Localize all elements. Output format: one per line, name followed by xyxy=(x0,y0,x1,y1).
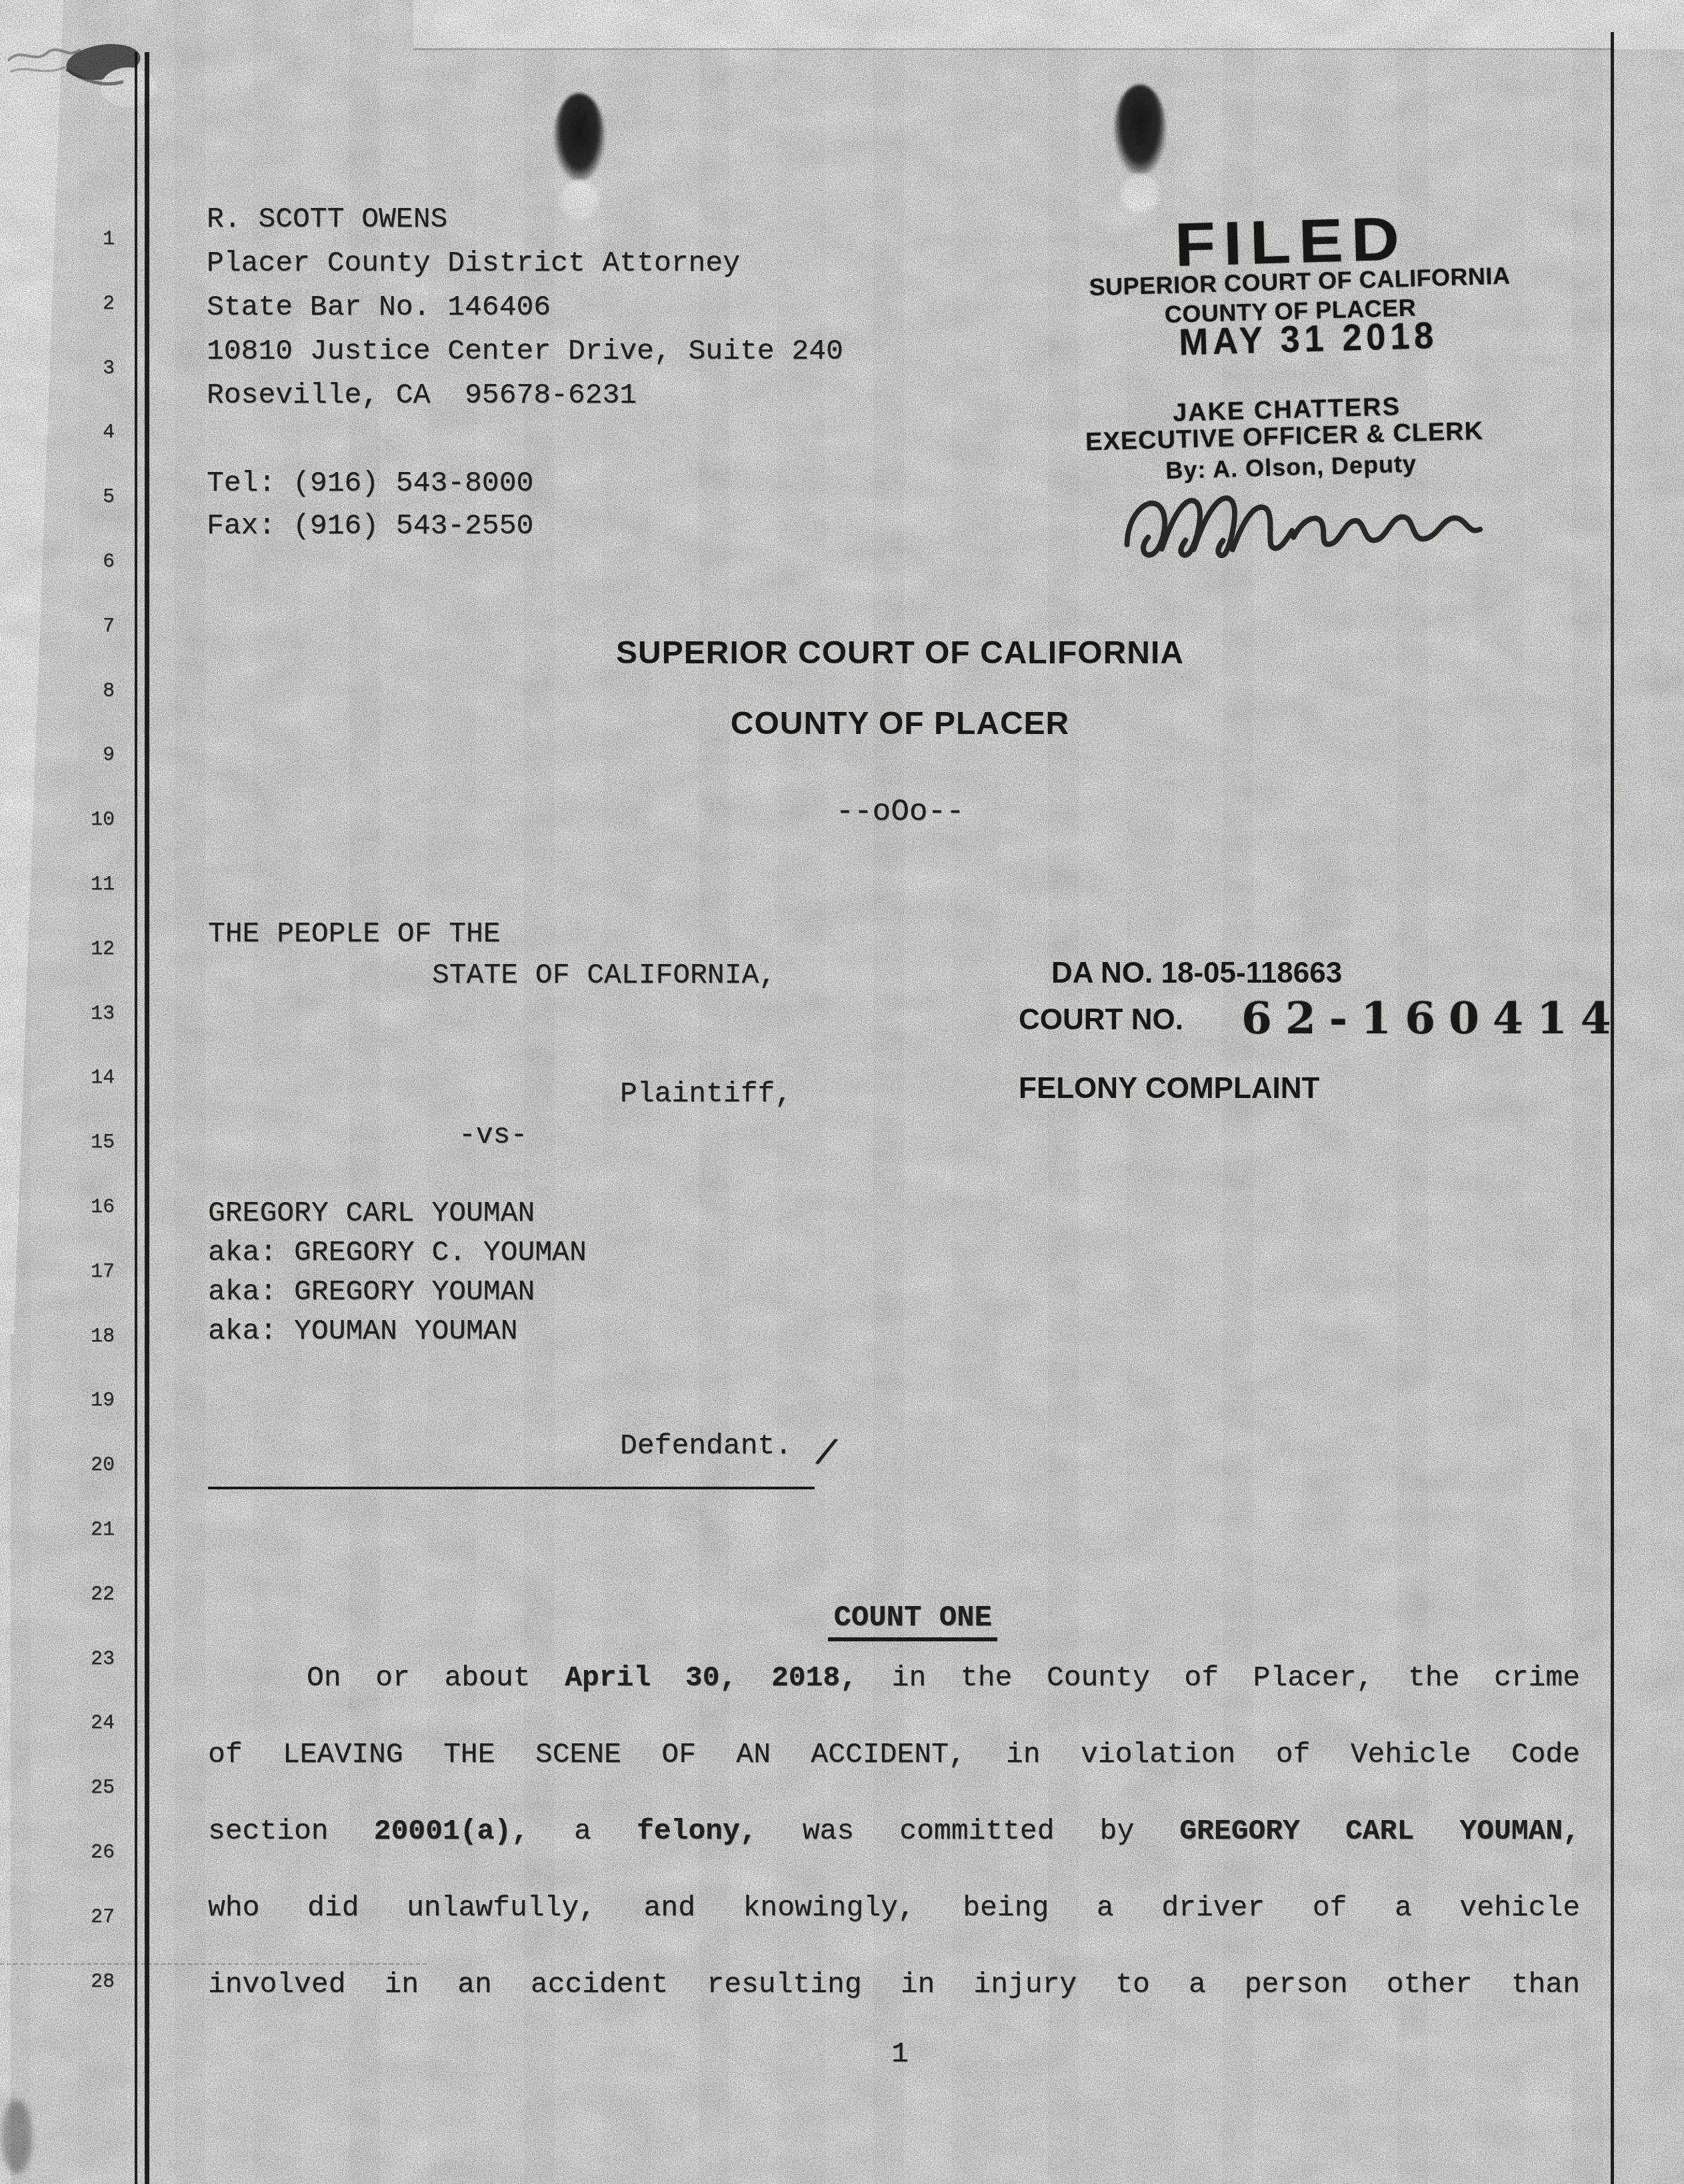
word: by xyxy=(1100,1815,1135,1847)
line-number-23: 23 xyxy=(72,1648,115,1671)
line-number-25: 25 xyxy=(72,1777,115,1799)
line-number-7: 7 xyxy=(72,615,115,638)
word: section xyxy=(208,1815,329,1847)
line-number-12: 12 xyxy=(72,938,115,961)
line-number-17: 17 xyxy=(72,1261,115,1283)
word: County xyxy=(1047,1661,1150,1694)
defendant-label: Defendant. xyxy=(620,1424,792,1468)
line-number-14: 14 xyxy=(72,1067,115,1089)
line-number-27: 27 xyxy=(72,1906,115,1929)
count-one-line-5: involvedinanaccidentresultingininjurytoa… xyxy=(208,1968,1580,2001)
line-number-15: 15 xyxy=(72,1131,115,1154)
count-one-line-1: OnoraboutApril30,2018,intheCountyofPlace… xyxy=(208,1661,1580,1694)
caption-underline xyxy=(208,1487,815,1489)
word: did xyxy=(307,1891,359,1924)
left-double-rule-inner xyxy=(145,52,149,2184)
word: On xyxy=(307,1661,341,1694)
heading-separator: --oOo-- xyxy=(200,795,1600,829)
attorney-block: R. SCOTT OWENSPlacer County District Att… xyxy=(207,197,843,417)
word: crime xyxy=(1494,1661,1580,1694)
word: knowingly, xyxy=(743,1891,915,1924)
plaintiff-label: Plaintiff, xyxy=(620,1072,792,1116)
word: committed xyxy=(899,1815,1054,1847)
word: THE xyxy=(443,1738,495,1771)
contact-line-1: Tel: (916) 543-8000 xyxy=(207,461,533,504)
attorney-line-2: Placer County District Attorney xyxy=(207,241,843,285)
caption-slash: / xyxy=(811,1432,841,1478)
word: SCENE xyxy=(535,1738,621,1771)
word: OF xyxy=(661,1738,696,1771)
count-one-heading-text: COUNT ONE xyxy=(828,1601,997,1641)
line-number-13: 13 xyxy=(72,1003,115,1025)
count-one-line-4: whodidunlawfully,andknowingly,beingadriv… xyxy=(208,1891,1580,1924)
word: in xyxy=(901,1968,935,2001)
line-number-10: 10 xyxy=(72,809,115,831)
party-line2: STATE OF CALIFORNIA, xyxy=(432,953,776,997)
word: person xyxy=(1245,1968,1348,2001)
filed-stamp-date: MAY 31 2018 xyxy=(1179,313,1439,364)
word: other xyxy=(1387,1968,1473,2001)
word: the xyxy=(1408,1661,1459,1694)
word: in xyxy=(385,1968,419,2001)
word: vehicle xyxy=(1459,1891,1580,1924)
line-number-20: 20 xyxy=(72,1454,115,1477)
word: ACCIDENT, xyxy=(811,1738,965,1771)
line-number-2: 2 xyxy=(72,293,115,315)
heading-court: SUPERIOR COURT OF CALIFORNIA xyxy=(200,635,1600,671)
word: a xyxy=(574,1815,591,1847)
contact-line-2: Fax: (916) 543-2550 xyxy=(207,504,533,547)
line-number-22: 22 xyxy=(72,1583,115,1606)
word: or xyxy=(375,1661,410,1694)
filed-stamp-court: SUPERIOR COURT OF CALIFORNIA xyxy=(1089,262,1511,302)
word: of xyxy=(1184,1661,1219,1694)
count-one-line-2: ofLEAVINGTHESCENEOFANACCIDENT,inviolatio… xyxy=(208,1738,1580,1771)
page-number: 1 xyxy=(200,2037,1600,2070)
defendant-name-3: aka: GREGORY YOUMAN xyxy=(208,1270,587,1309)
word: a xyxy=(1097,1891,1114,1924)
word: felony, xyxy=(637,1815,757,1847)
line-number-6: 6 xyxy=(72,551,115,573)
defendant-name-4: aka: YOUMAN YOUMAN xyxy=(208,1309,587,1349)
word: in xyxy=(1006,1738,1041,1771)
word: CARL xyxy=(1345,1815,1414,1847)
line-number-column: 1234567891011121314151617181920212223242… xyxy=(0,0,140,2184)
line-number-24: 24 xyxy=(72,1712,115,1735)
word: Code xyxy=(1511,1738,1580,1771)
word: unlawfully, xyxy=(407,1891,596,1924)
word: injury xyxy=(973,1968,1077,2001)
da-number-value: 18-05-118663 xyxy=(1161,957,1343,989)
word: AN xyxy=(736,1738,771,1771)
word: a xyxy=(1189,1968,1206,2001)
scan-top-edge xyxy=(413,0,1684,49)
word: the xyxy=(961,1661,1012,1694)
line-number-1: 1 xyxy=(72,228,115,251)
line-number-3: 3 xyxy=(72,357,115,380)
line-number-19: 19 xyxy=(72,1389,115,1412)
attorney-line-5: Roseville, CA 95678-6231 xyxy=(207,373,843,417)
line-number-8: 8 xyxy=(72,680,115,703)
filed-stamp-clerk-title: EXECUTIVE OFFICER & CLERK xyxy=(1085,417,1484,457)
word: accident xyxy=(531,1968,668,2001)
line-number-28: 28 xyxy=(72,1971,115,1993)
court-number-label: COURT NO. xyxy=(1019,1003,1183,1037)
word: Placer, xyxy=(1253,1661,1374,1694)
word: being xyxy=(963,1891,1049,1924)
court-number-stamp: 62-160414 xyxy=(1241,992,1625,1044)
line-number-21: 21 xyxy=(72,1519,115,1541)
line-number-9: 9 xyxy=(72,744,115,767)
defendant-name-1: GREGORY CARL YOUMAN xyxy=(208,1191,587,1231)
da-number-label: DA NO. xyxy=(1051,957,1153,989)
word: 2018, xyxy=(771,1661,857,1694)
line-number-5: 5 xyxy=(72,486,115,509)
word: involved xyxy=(208,1968,345,2001)
word: of xyxy=(1313,1891,1347,1924)
count-one-line-3: section20001(a),afelony,wascommittedbyGR… xyxy=(208,1815,1580,1847)
word: GREGORY xyxy=(1179,1815,1300,1847)
word: driver xyxy=(1161,1891,1265,1924)
versus-label: -vs- xyxy=(459,1113,527,1157)
word: about xyxy=(445,1661,531,1694)
word: of xyxy=(1276,1738,1311,1771)
party-line1: THE PEOPLE OF THE xyxy=(208,912,501,956)
word: to xyxy=(1115,1968,1150,2001)
filed-stamp: FILED SUPERIOR COURT OF CALIFORNIA COUNT… xyxy=(1061,194,1511,579)
scanned-court-document: 1234567891011121314151617181920212223242… xyxy=(0,0,1684,2184)
attorney-line-4: 10810 Justice Center Drive, Suite 240 xyxy=(207,329,843,373)
word: violation xyxy=(1081,1738,1235,1771)
attorney-contact-block: Tel: (916) 543-8000Fax: (916) 543-2550 xyxy=(207,461,533,547)
word: LEAVING xyxy=(283,1738,403,1771)
word: of xyxy=(208,1738,243,1771)
word: in xyxy=(892,1661,927,1694)
defendant-names-block: GREGORY CARL YOUMANaka: GREGORY C. YOUMA… xyxy=(208,1191,587,1349)
word: and xyxy=(644,1891,695,1924)
count-one-heading: COUNT ONE xyxy=(200,1589,1600,1653)
line-number-26: 26 xyxy=(72,1841,115,1864)
word: was xyxy=(803,1815,854,1847)
word: a xyxy=(1395,1891,1412,1924)
word: than xyxy=(1511,1968,1580,2001)
line-number-4: 4 xyxy=(72,421,115,444)
document-title: FELONY COMPLAINT xyxy=(1019,1072,1319,1105)
heading-county: COUNTY OF PLACER xyxy=(200,705,1600,742)
deputy-signature xyxy=(1113,453,1489,577)
word: resulting xyxy=(707,1968,861,2001)
word: an xyxy=(457,1968,492,2001)
attorney-line-1: R. SCOTT OWENS xyxy=(207,197,843,241)
word: Vehicle xyxy=(1351,1738,1471,1771)
word: YOUMAN, xyxy=(1459,1815,1580,1847)
word: 30, xyxy=(685,1661,737,1694)
word: 20001(a), xyxy=(374,1815,529,1847)
hole-punch-left xyxy=(554,93,605,181)
right-margin-rule xyxy=(1611,32,1614,2184)
hole-punch-right xyxy=(1114,85,1166,175)
attorney-line-3: State Bar No. 146406 xyxy=(207,285,843,329)
word: who xyxy=(208,1891,259,1924)
defendant-name-2: aka: GREGORY C. YOUMAN xyxy=(208,1231,587,1270)
scan-top-edge-line xyxy=(413,48,1613,50)
line-number-11: 11 xyxy=(72,873,115,896)
line-number-16: 16 xyxy=(72,1196,115,1219)
word: April xyxy=(565,1661,651,1694)
line-number-18: 18 xyxy=(72,1325,115,1348)
